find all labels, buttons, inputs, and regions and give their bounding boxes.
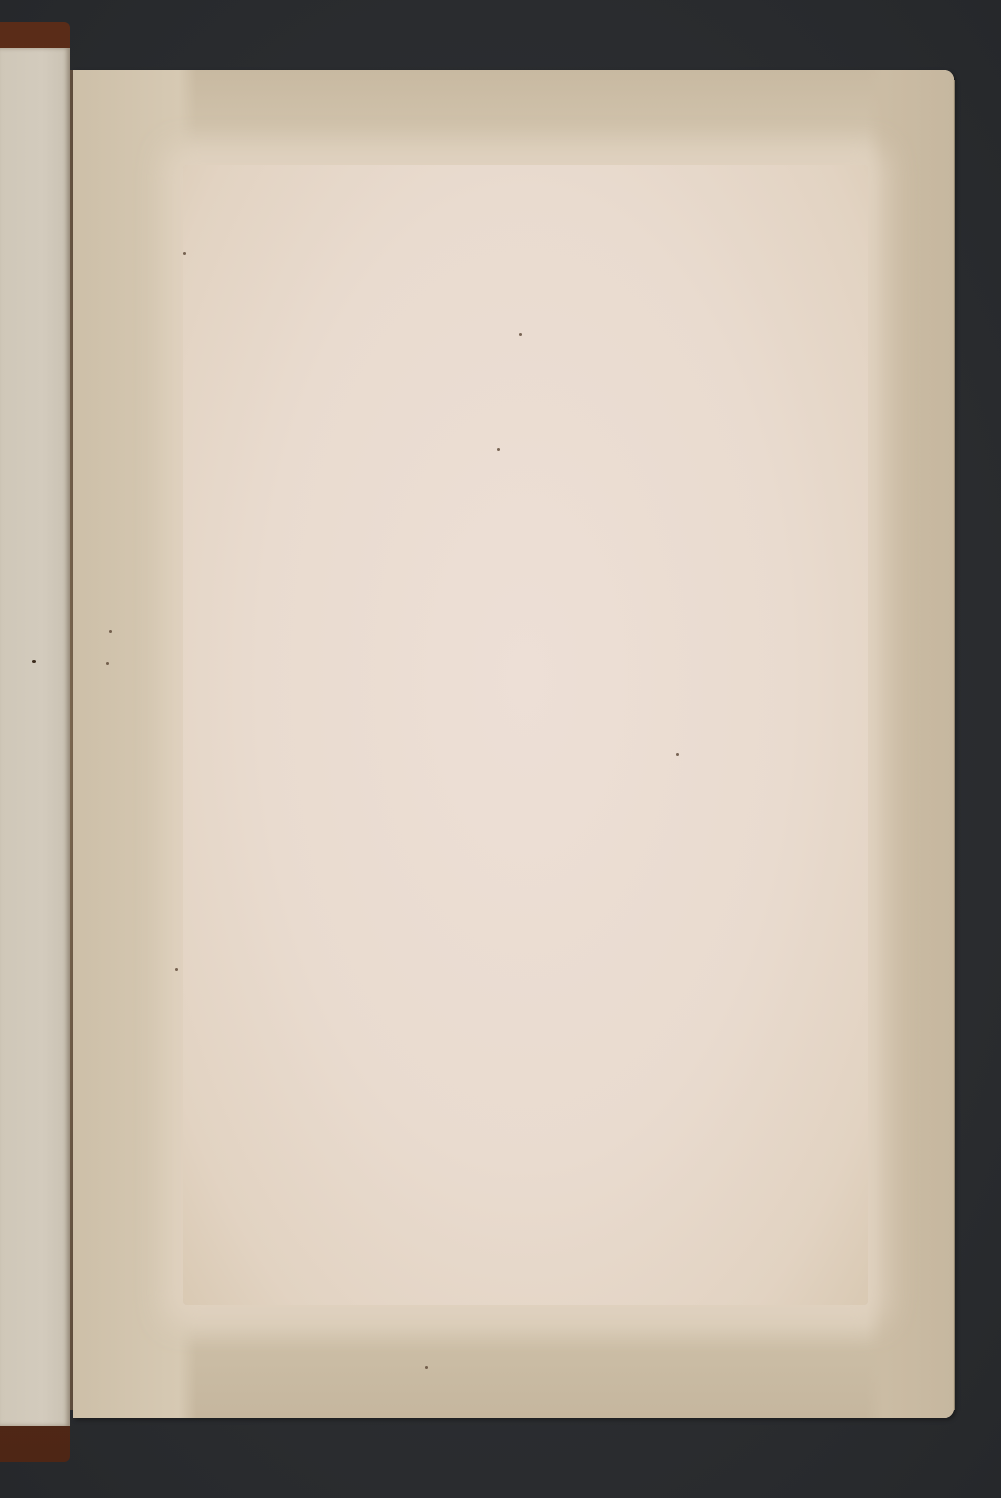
page-speck bbox=[175, 968, 178, 971]
page-speck bbox=[519, 333, 522, 336]
page-speck bbox=[425, 1366, 428, 1369]
left-page-verso bbox=[0, 48, 70, 1426]
page-speck bbox=[109, 630, 112, 633]
page-blank-area bbox=[183, 165, 868, 1305]
page-fore-edge bbox=[953, 80, 955, 1410]
page-speck bbox=[676, 753, 679, 756]
page-speck bbox=[183, 252, 186, 255]
page-speck bbox=[106, 662, 109, 665]
page-speck bbox=[32, 660, 36, 663]
page-speck bbox=[497, 448, 500, 451]
scan-scene bbox=[0, 0, 1001, 1498]
right-page-recto bbox=[73, 70, 954, 1418]
